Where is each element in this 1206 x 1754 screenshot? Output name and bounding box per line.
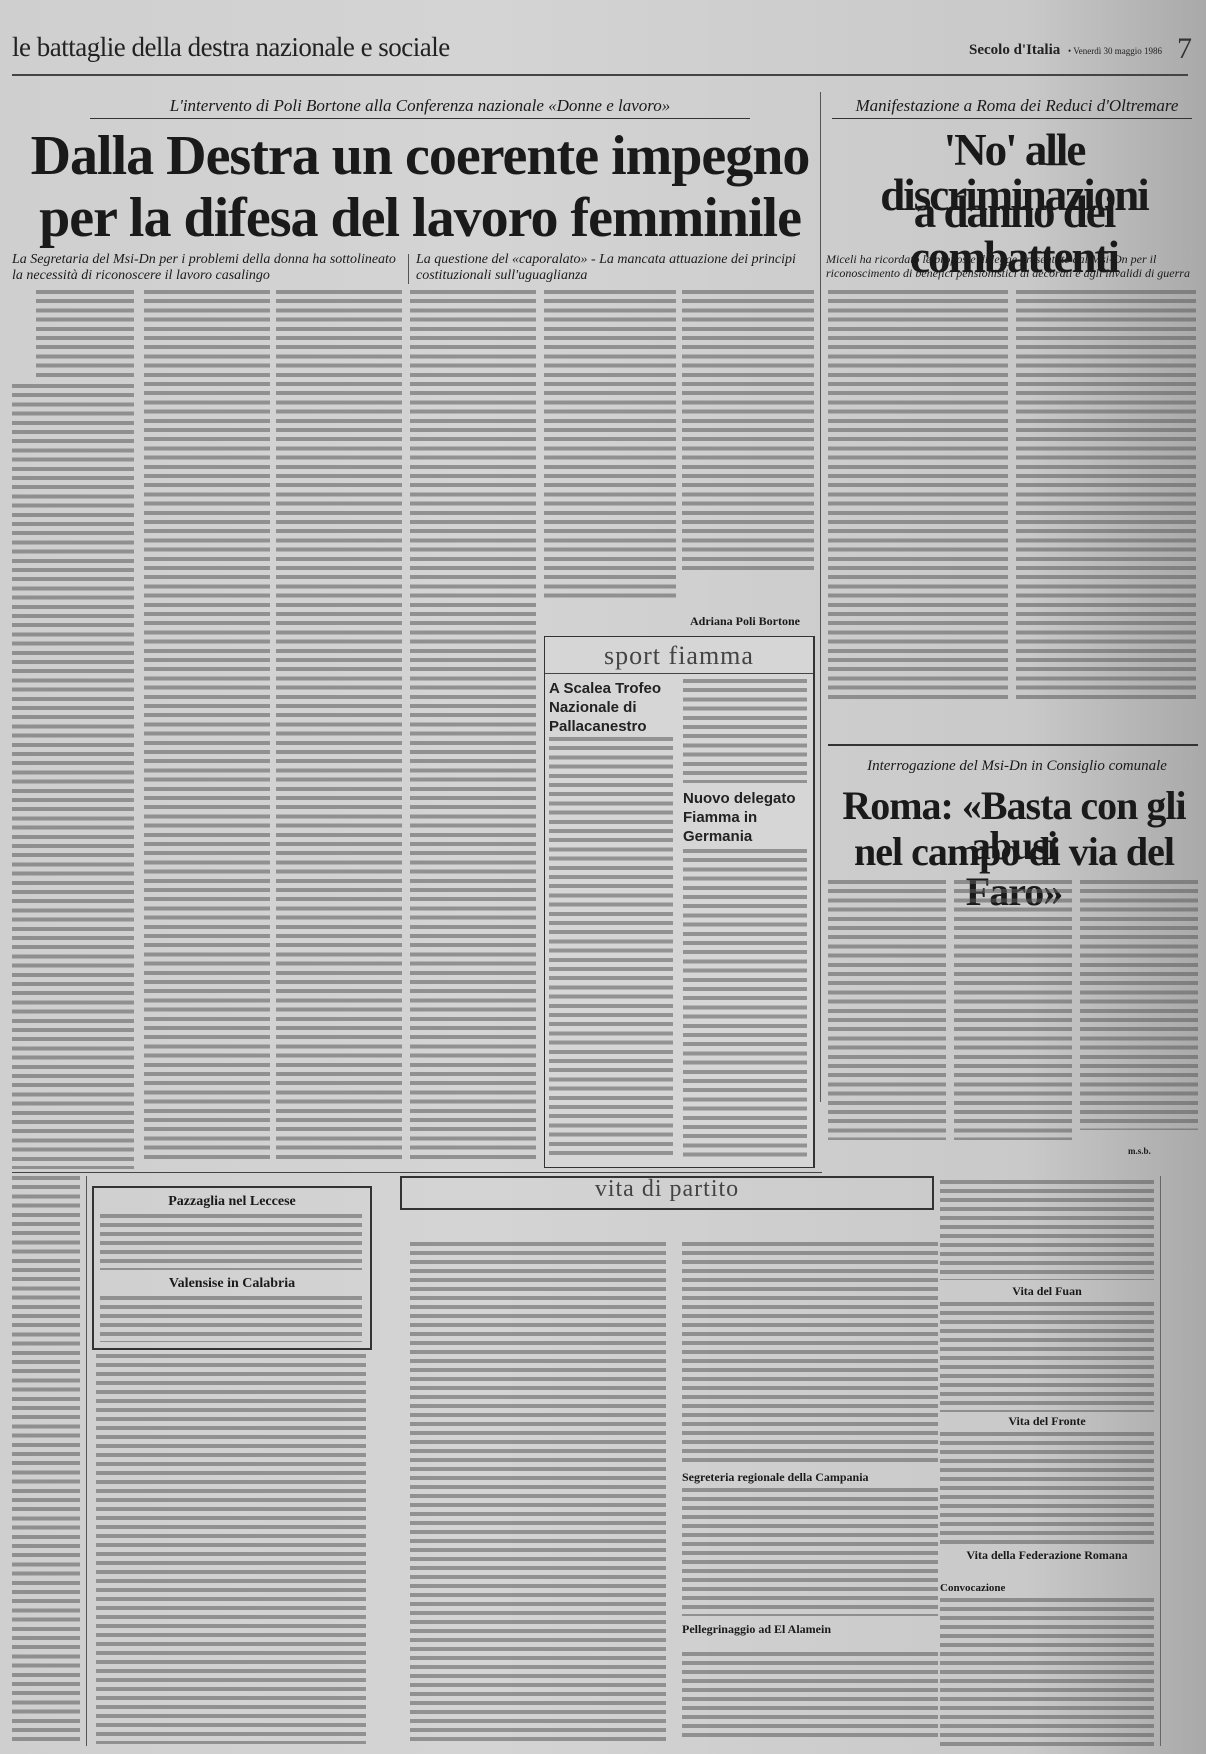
main-body-col1: Questo mio intervento sarà articolato in… [12,384,134,1169]
masthead: le battaglie della destra nazionale e so… [12,32,1192,72]
sport-article2-body [683,849,807,1157]
vita-di-partito-title: vita di partito [402,1176,932,1203]
vita-di-partito-header: vita di partito [400,1176,934,1210]
newspaper-page: le battaglie della destra nazionale e so… [0,0,1206,1754]
kicker-rule-right [832,118,1192,119]
right-edge-rule [1160,1176,1161,1746]
main-headline-line1: Dalla Destra un coerente impegno [20,128,820,184]
pellegrinaggio-title: Pellegrinaggio ad El Alamein [682,1622,842,1636]
left-party-items [96,1354,366,1744]
roma-kicker: Interrogazione del Msi-Dn in Consiglio c… [832,758,1202,775]
main-body-col2 [144,290,270,1160]
right-deck: Miceli ha ricordato le proposte di legge… [826,252,1198,280]
sport-article2-title: Nuovo delegato Fiamma in Germania [683,789,807,846]
sport-article1-body [549,737,673,1157]
main-body-col4 [410,290,536,1160]
sport-article1-title: A Scalea Trofeo Nazionale di Pallacanest… [549,679,673,736]
pazzaglia-box: Pazzaglia nel Leccese Valensise in Calab… [92,1186,372,1350]
main-body-continuation [12,1176,80,1746]
masthead-rule [12,74,1188,76]
main-signature: Adriana Poli Bortone [690,614,800,629]
right-body-col1: Il 24 maggio a Roma, si è svolta una sig… [828,290,1008,700]
roma-body-col3 [1080,880,1198,1130]
roma-body-col1 [828,880,946,1140]
fronte-items [940,1432,1154,1544]
main-kicker: L'intervento di Poli Bortone alla Confer… [90,96,750,116]
section-rule [828,744,1198,746]
kicker-rule [90,118,750,119]
left-column-divider [86,1176,87,1746]
deck-divider [408,254,409,284]
right-body-col2 [1016,290,1196,700]
main-headline-line2: per la difesa del lavoro femminile [20,190,820,246]
valensise-title: Valensise in Calabria [94,1276,370,1292]
main-deck-right: La questione del «caporalato» - La manca… [416,252,806,284]
federazione-title: Vita della Federazione Romana [940,1548,1154,1562]
right-top-items [940,1180,1154,1280]
pazzaglia-title: Pazzaglia nel Leccese [94,1194,370,1210]
roma-signature: m.s.b. [1128,1146,1151,1156]
main-deck-left: La Segretaria del Msi-Dn per i problemi … [12,252,402,284]
main-intro: Pubblichiamo l'intervento dell'on. Adria… [36,290,134,380]
segreteria-text [682,1488,938,1616]
newspaper-name: Secolo d'Italia [969,42,1060,58]
valensise-text [100,1296,362,1342]
sport-title-rule [545,673,813,674]
vita-left-list [410,1242,666,1742]
pellegrinaggio-text [682,1652,938,1742]
paper-info: Secolo d'Italia • Venerdì 30 maggio 1986 [969,42,1162,59]
main-body-col5 [544,290,676,600]
sport-fiamma-box: sport fiamma A Scalea Trofeo Nazionale d… [544,636,815,1168]
fuan-items [940,1302,1154,1412]
issue-date: • Venerdì 30 maggio 1986 [1068,46,1162,56]
vita-right-list [682,1242,938,1462]
page-number: 7 [1177,32,1192,66]
roma-body-col2 [954,880,1072,1140]
sport-box-title: sport fiamma [545,641,813,671]
convocazione-title: Convocazione [940,1582,1154,1594]
segreteria-title: Segreteria regionale della Campania [682,1470,938,1485]
fuan-title: Vita del Fuan [940,1284,1154,1299]
lower-rule [12,1172,822,1173]
section-name: le battaglie della destra nazionale e so… [12,32,450,63]
main-body-col6 [682,290,814,575]
right-kicker: Manifestazione a Roma dei Reduci d'Oltre… [832,96,1202,116]
sport-article1-cont [683,679,807,783]
fronte-title: Vita del Fronte [940,1414,1154,1429]
pazzaglia-text [100,1214,362,1270]
column-divider [820,92,821,1102]
federazione-items [940,1598,1154,1746]
main-body-col3 [276,290,402,1160]
